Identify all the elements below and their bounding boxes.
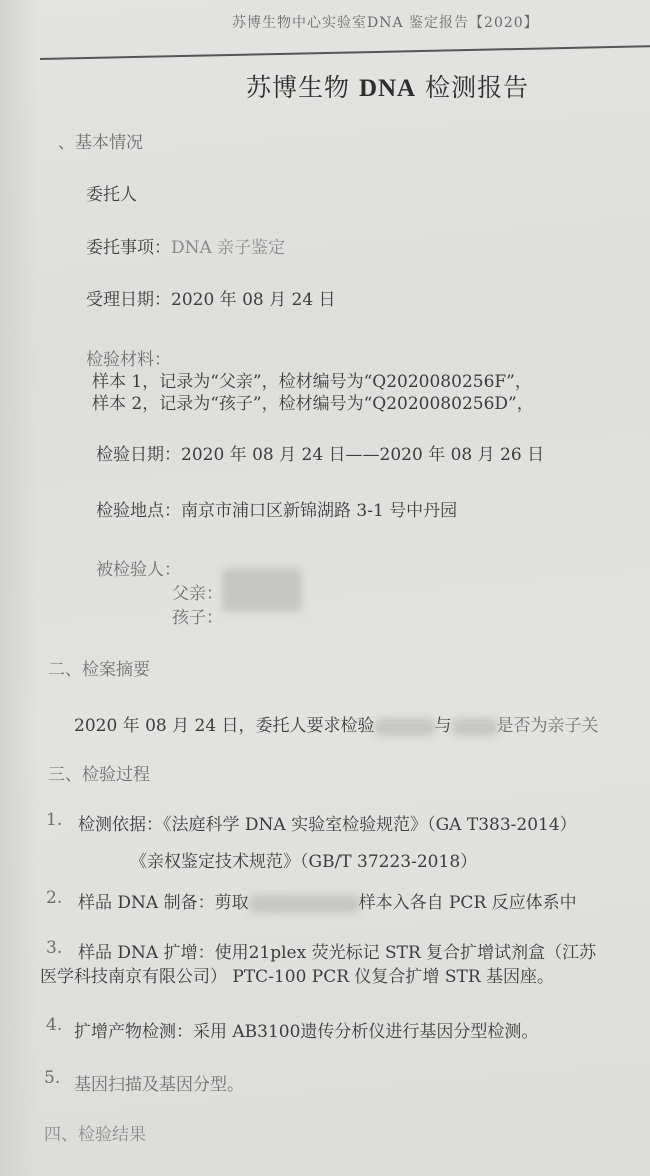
- summary-text-2: 与: [435, 716, 452, 736]
- item-4-detection: 扩增产物检测：采用 AB3100遗传分析仪进行基因分型检测。: [74, 1017, 538, 1042]
- item-4-number: 4.: [46, 1015, 62, 1035]
- item-3-amplification: 样品 DNA 扩增：使用21plex 荧光标记 STR 复合扩增试剂盒（江苏: [78, 938, 596, 963]
- examinee-label: 被检验人：: [96, 555, 181, 580]
- section-4-heading: 四、检验结果: [44, 1120, 146, 1145]
- item-2-dna-prep: 样品 DNA 制备：剪取样本入各自 PCR 反应体系中: [78, 888, 577, 913]
- item-2-number: 2.: [46, 888, 62, 908]
- redacted-name-1: [375, 718, 435, 736]
- title-prefix: 苏博生物: [246, 73, 359, 102]
- document-page: [0, 0, 650, 1176]
- redacted-names: [222, 568, 312, 618]
- item-5-genotyping: 基因扫描及基因分型。: [74, 1070, 244, 1095]
- child-label: 孩子：: [172, 603, 223, 628]
- sample-2: 样本 2，记录为“孩子”，检材编号为“Q2020080256D”，: [92, 389, 534, 414]
- section-2-heading: 二、检案摘要: [48, 655, 150, 680]
- exam-date: 检验日期：2020 年 08 月 24 日——2020 年 08 月 26 日: [96, 440, 544, 465]
- section-3-heading: 三、检验过程: [48, 760, 150, 785]
- client-label: 委托人: [86, 180, 137, 205]
- page-shadow: [0, 0, 38, 1176]
- exam-place: 检验地点：南京市浦口区新锦湖路 3-1 号中丹园: [96, 496, 457, 521]
- matter-value: DNA 亲子鉴定: [171, 238, 285, 258]
- item-1-basis-2: 《亲权鉴定技术规范》（GB/T 37223-2018）: [130, 847, 477, 872]
- summary-text-3: 是否为亲子关: [497, 716, 599, 736]
- item-5-number: 5.: [44, 1068, 60, 1088]
- item-1-basis: 检测依据：《法庭科学 DNA 实验室检验规范》（GA T383-2014）: [78, 810, 577, 835]
- redacted-sample: [249, 895, 359, 913]
- matter-label: 委托事项：: [86, 238, 171, 258]
- lab-header-line: 苏博生物中心实验室DNA 鉴定报告【2020】: [232, 12, 539, 32]
- item-2-text-2: 样本入各自 PCR 反应体系中: [359, 893, 577, 913]
- summary-text-1: 2020 年 08 月 24 日，委托人要求检验: [74, 716, 375, 736]
- section-1-heading: 、基本情况: [58, 128, 143, 153]
- redacted-name-2: [452, 718, 497, 736]
- father-label: 父亲：: [172, 579, 223, 604]
- title-dna: DNA: [359, 75, 416, 102]
- case-summary: 2020 年 08 月 24 日，委托人要求检验与是否为亲子关: [74, 711, 599, 736]
- item-1-number: 1.: [46, 810, 62, 830]
- item-3-amplification-2: 医学科技南京有限公司） PTC-100 PCR 仪复合扩增 STR 基因座。: [40, 962, 554, 987]
- commission-matter: 委托事项：DNA 亲子鉴定: [86, 233, 285, 258]
- item-2-text-1: 样品 DNA 制备：剪取: [78, 893, 249, 913]
- item-3-number: 3.: [46, 938, 62, 958]
- report-title: 苏博生物 DNA 检测报告: [246, 68, 529, 104]
- title-suffix: 检测报告: [416, 73, 529, 102]
- acceptance-date: 受理日期：2020 年 08 月 24 日: [86, 285, 336, 310]
